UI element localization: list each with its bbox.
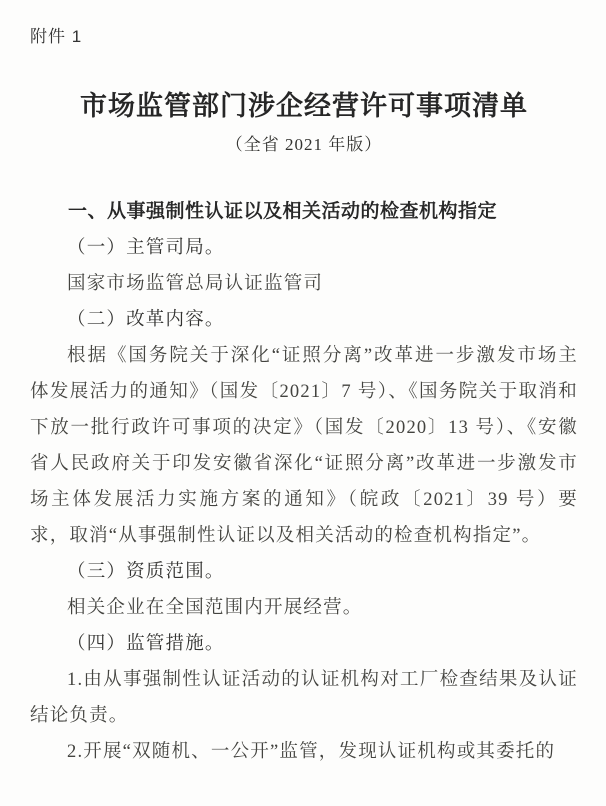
attachment-label: 附件 1 (30, 26, 578, 48)
document-content: 附件 1 市场监管部门涉企经营许可事项清单 （全省 2021 年版） 一、从事强… (0, 0, 606, 770)
paragraph: （四）监管措施。 (30, 626, 578, 662)
paragraph: （一）主管司局。 (30, 230, 578, 266)
paragraph: （三）资质范围。 (30, 554, 578, 590)
document-page: 附件 1 市场监管部门涉企经营许可事项清单 （全省 2021 年版） 一、从事强… (0, 0, 606, 806)
document-body: 一、从事强制性认证以及相关活动的检查机构指定（一）主管司局。国家市场监管总局认证… (30, 194, 578, 770)
paragraph: 相关企业在全国范围内开展经营。 (30, 590, 578, 626)
section-heading: 一、从事强制性认证以及相关活动的检查机构指定 (30, 194, 578, 230)
paragraph: 1.由从事强制性认证活动的认证机构对工厂检查结果及认证结论负责。 (30, 662, 578, 734)
page-subtitle: （全省 2021 年版） (30, 133, 578, 157)
paragraph: 根据《国务院关于深化“证照分离”改革进一步激发市场主体发展活力的通知》（国发〔2… (30, 338, 578, 554)
paragraph: （二）改革内容。 (30, 302, 578, 338)
paragraph: 2.开展“双随机、一公开”监管，发现认证机构或其委托的 (30, 734, 578, 770)
page-title: 市场监管部门涉企经营许可事项清单 (30, 90, 578, 122)
paragraph: 国家市场监管总局认证监管司 (30, 266, 578, 302)
